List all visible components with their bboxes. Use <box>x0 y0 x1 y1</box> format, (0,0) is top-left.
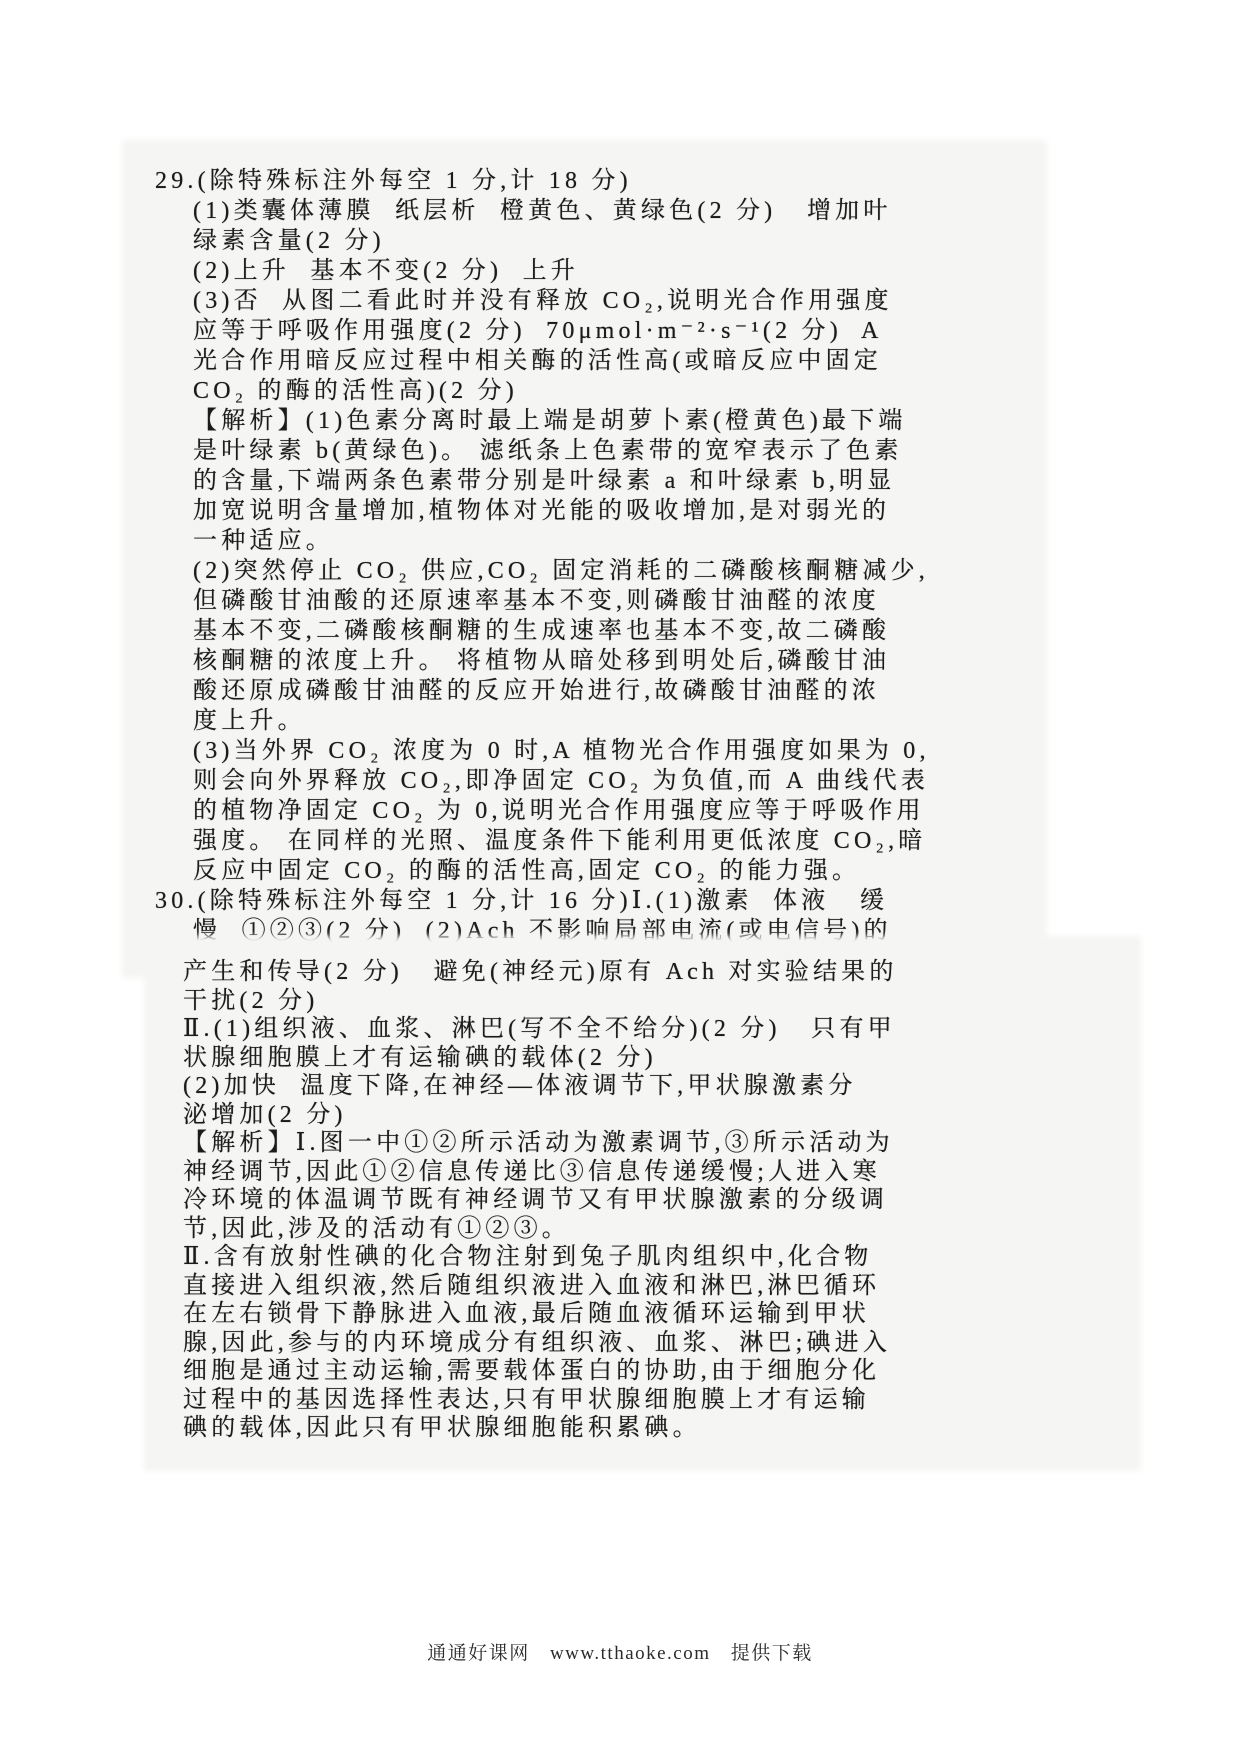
text-line: 但磷酸甘油酸的还原速率基本不变,则磷酸甘油醛的浓度 <box>155 586 1041 616</box>
text-line: 碘的载体,因此只有甲状腺细胞能积累碘。 <box>183 1414 1135 1443</box>
footer-url: www.tthaoke.com <box>550 1643 711 1664</box>
text-line: (2)突然停止 CO₂ 供应,CO₂ 固定消耗的二磷酸核酮糖减少, <box>155 556 1041 586</box>
text-line: 【解析】(1)色素分离时最上端是胡萝卜素(橙黄色)最下端 <box>155 406 1041 436</box>
footer-watermark: 通通好课网 www.tthaoke.com 提供下载 <box>0 1638 1240 1665</box>
footer-suffix: 提供下载 <box>731 1643 813 1664</box>
text-line: 是叶绿素 b(黄绿色)。 滤纸条上色素带的宽窄表示了色素 <box>155 436 1041 466</box>
text-line: 则会向外界释放 CO₂,即净固定 CO₂ 为负值,而 A 曲线代表 <box>155 766 1041 796</box>
text-line: 状腺细胞膜上才有运输碘的载体(2 分) <box>183 1044 1135 1073</box>
text-line: 29.(除特殊标注外每空 1 分,计 18 分) <box>155 166 1041 196</box>
text-line: 加宽说明含量增加,植物体对光能的吸收增加,是对弱光的 <box>155 496 1041 526</box>
text-line: (3)否 从图二看此时并没有释放 CO₂,说明光合作用强度 <box>155 286 1041 316</box>
text-line: 【解析】Ⅰ.图一中①②所示活动为激素调节,③所示活动为 <box>183 1129 1135 1158</box>
text-line: 腺,因此,参与的内环境成分有组织液、血浆、淋巴;碘进入 <box>183 1329 1135 1358</box>
footer-site-name: 通通好课网 <box>427 1643 530 1664</box>
text-line: (2)上升 基本不变(2 分) 上升 <box>155 256 1041 286</box>
text-line: 节,因此,涉及的活动有①②③。 <box>183 1215 1135 1244</box>
text-line: 强度。 在同样的光照、温度条件下能利用更低浓度 CO₂,暗 <box>155 826 1041 856</box>
text-line: 度上升。 <box>155 706 1041 736</box>
text-line: 基本不变,二磷酸核酮糖的生成速率也基本不变,故二磷酸 <box>155 616 1041 646</box>
text-line: 30.(除特殊标注外每空 1 分,计 16 分)Ⅰ.(1)激素 体液 缓 <box>155 886 1041 916</box>
text-line: CO₂ 的酶的活性高)(2 分) <box>155 376 1041 406</box>
text-line: 绿素含量(2 分) <box>155 226 1041 256</box>
answer-block-question-29-30: 29.(除特殊标注外每空 1 分,计 18 分)(1)类囊体薄膜 纸层析 橙黄色… <box>128 146 1041 972</box>
text-line: 产生和传导(2 分) 避免(神经元)原有 Ach 对实验结果的 <box>183 958 1135 987</box>
text-line: 酸还原成磷酸甘油醛的反应开始进行,故磷酸甘油醛的浓 <box>155 676 1041 706</box>
text-line: Ⅱ.(1)组织液、血浆、淋巴(写不全不给分)(2 分) 只有甲 <box>183 1015 1135 1044</box>
text-line: 核酮糖的浓度上升。 将植物从暗处移到明处后,磷酸甘油 <box>155 646 1041 676</box>
text-line: 干扰(2 分) <box>183 987 1135 1016</box>
text-line: 光合作用暗反应过程中相关酶的活性高(或暗反应中固定 <box>155 346 1041 376</box>
text-line: 在左右锁骨下静脉进入血液,最后随血液循环运输到甲状 <box>183 1300 1135 1329</box>
text-line: 一种适应。 <box>155 526 1041 556</box>
text-line: 反应中固定 CO₂ 的酶的活性高,固定 CO₂ 的能力强。 <box>155 856 1041 886</box>
text-line: 的植物净固定 CO₂ 为 0,说明光合作用强度应等于呼吸作用 <box>155 796 1041 826</box>
text-line: 应等于呼吸作用强度(2 分) 70μmol·m⁻²·s⁻¹(2 分) A <box>155 316 1041 346</box>
text-line: (3)当外界 CO₂ 浓度为 0 时,A 植物光合作用强度如果为 0, <box>155 736 1041 766</box>
text-line: 直接进入组织液,然后随组织液进入血液和淋巴,淋巴循环 <box>183 1272 1135 1301</box>
text-line: (1)类囊体薄膜 纸层析 橙黄色、黄绿色(2 分) 增加叶 <box>155 196 1041 226</box>
scanned-answer-page: 29.(除特殊标注外每空 1 分,计 18 分)(1)类囊体薄膜 纸层析 橙黄色… <box>0 0 1240 1754</box>
text-line: 过程中的基因选择性表达,只有甲状腺细胞膜上才有运输 <box>183 1386 1135 1415</box>
text-line: 泌增加(2 分) <box>183 1101 1135 1130</box>
text-line: (2)加快 温度下降,在神经—体液调节下,甲状腺激素分 <box>183 1072 1135 1101</box>
text-line: 神经调节,因此①②信息传递比③信息传递缓慢;人进入寒 <box>183 1158 1135 1187</box>
text-line: Ⅱ.含有放射性碘的化合物注射到兔子肌肉组织中,化合物 <box>183 1243 1135 1272</box>
text-line: 冷环境的体温调节既有神经调节又有甲状腺激素的分级调 <box>183 1186 1135 1215</box>
text-line: 的含量,下端两条色素带分别是叶绿素 a 和叶绿素 b,明显 <box>155 466 1041 496</box>
answer-block-question-30-continued: 产生和传导(2 分) 避免(神经元)原有 Ach 对实验结果的干扰(2 分)Ⅱ.… <box>150 942 1135 1465</box>
text-line: 细胞是通过主动运输,需要载体蛋白的协助,由于细胞分化 <box>183 1357 1135 1386</box>
